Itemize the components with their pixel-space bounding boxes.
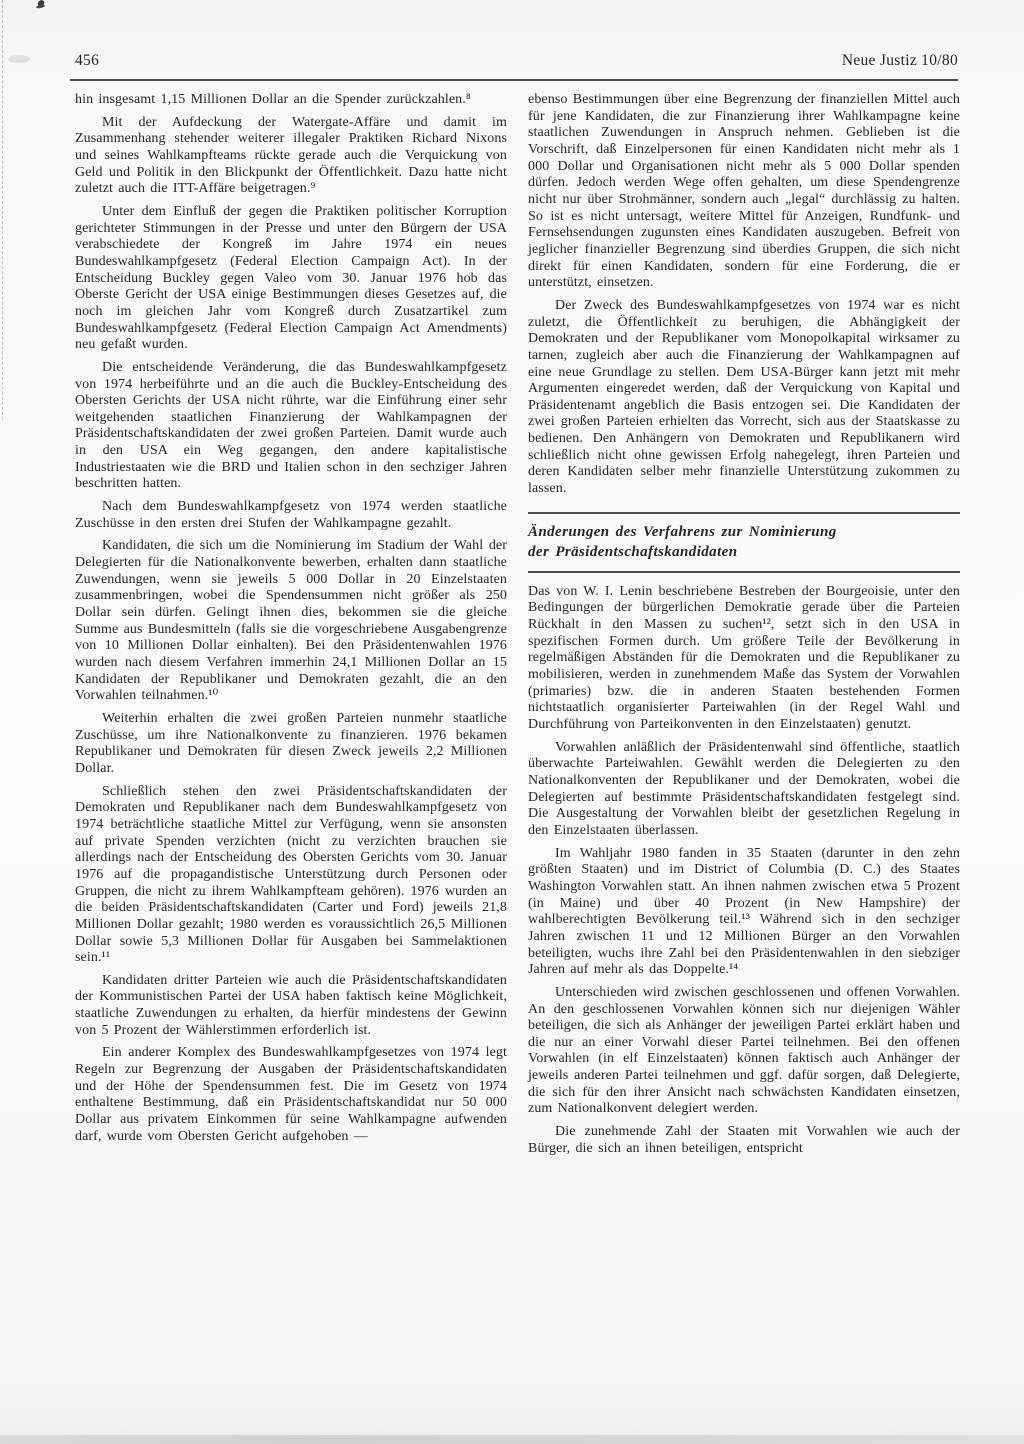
heading-rule-top xyxy=(528,512,960,514)
journal-title: Neue Justiz 10/80 xyxy=(842,52,958,70)
page-number: 456 xyxy=(75,52,99,70)
paragraph: Ein anderer Komplex des Bundeswahlkampfg… xyxy=(75,1045,507,1145)
section-heading-block: Änderungen des Verfahrens zur Nominierun… xyxy=(528,512,960,573)
paragraph: Kandidaten dritter Parteien wie auch die… xyxy=(75,973,507,1040)
paragraph: Vorwahlen anläßlich der Präsidentenwahl … xyxy=(528,740,960,840)
two-column-body: hin insgesamt 1,15 Millionen Dollar an d… xyxy=(75,92,961,1157)
paragraph: Mit der Aufdeckung der Watergate-Affäre … xyxy=(75,115,507,198)
left-column: hin insgesamt 1,15 Millionen Dollar an d… xyxy=(75,92,507,1157)
scan-edge-artifact xyxy=(2,0,4,420)
heading-rule-bottom xyxy=(528,571,960,573)
paragraph: Kandidaten, die sich um die Nominierung … xyxy=(75,538,507,705)
paragraph: Nach dem Bundeswahlkampfgesetz von 1974 … xyxy=(75,499,507,532)
section-heading-line: der Präsidentschaftskandidaten xyxy=(528,542,960,562)
scanned-journal-page: 456 Neue Justiz 10/80 hin insgesamt 1,15… xyxy=(0,0,1024,1444)
section-heading: Änderungen des Verfahrens zur Nominierun… xyxy=(528,514,960,571)
paragraph: Schließlich stehen den zwei Präsidentsch… xyxy=(75,784,507,967)
paragraph: Im Wahljahr 1980 fanden in 35 Staaten (d… xyxy=(528,846,960,979)
paragraph: ebenso Bestimmungen über eine Begrenzung… xyxy=(528,92,960,292)
ink-mark-artifact xyxy=(35,0,47,11)
paragraph: Unter dem Einfluß der gegen die Praktike… xyxy=(75,204,507,354)
section-heading-line: Änderungen des Verfahrens zur Nominierun… xyxy=(528,522,960,542)
scan-bottom-edge-artifact xyxy=(0,1435,1024,1444)
paragraph: Unterschieden wird zwischen geschlossene… xyxy=(528,985,960,1118)
paragraph: Der Zweck des Bundeswahlkampfgesetzes vo… xyxy=(528,298,960,498)
header-rule xyxy=(70,79,958,81)
right-column: ebenso Bestimmungen über eine Begrenzung… xyxy=(528,92,960,1157)
paragraph: hin insgesamt 1,15 Millionen Dollar an d… xyxy=(75,92,507,109)
paragraph: Weiterhin erhalten die zwei großen Parte… xyxy=(75,711,507,778)
paragraph: Das von W. I. Lenin beschriebene Bestreb… xyxy=(528,584,960,734)
scan-smudge-artifact xyxy=(8,55,30,63)
page-header: 456 Neue Justiz 10/80 xyxy=(75,52,958,70)
paragraph: Die zunehmende Zahl der Staaten mit Vorw… xyxy=(528,1124,960,1157)
paragraph: Die entscheidende Veränderung, die das B… xyxy=(75,360,507,493)
